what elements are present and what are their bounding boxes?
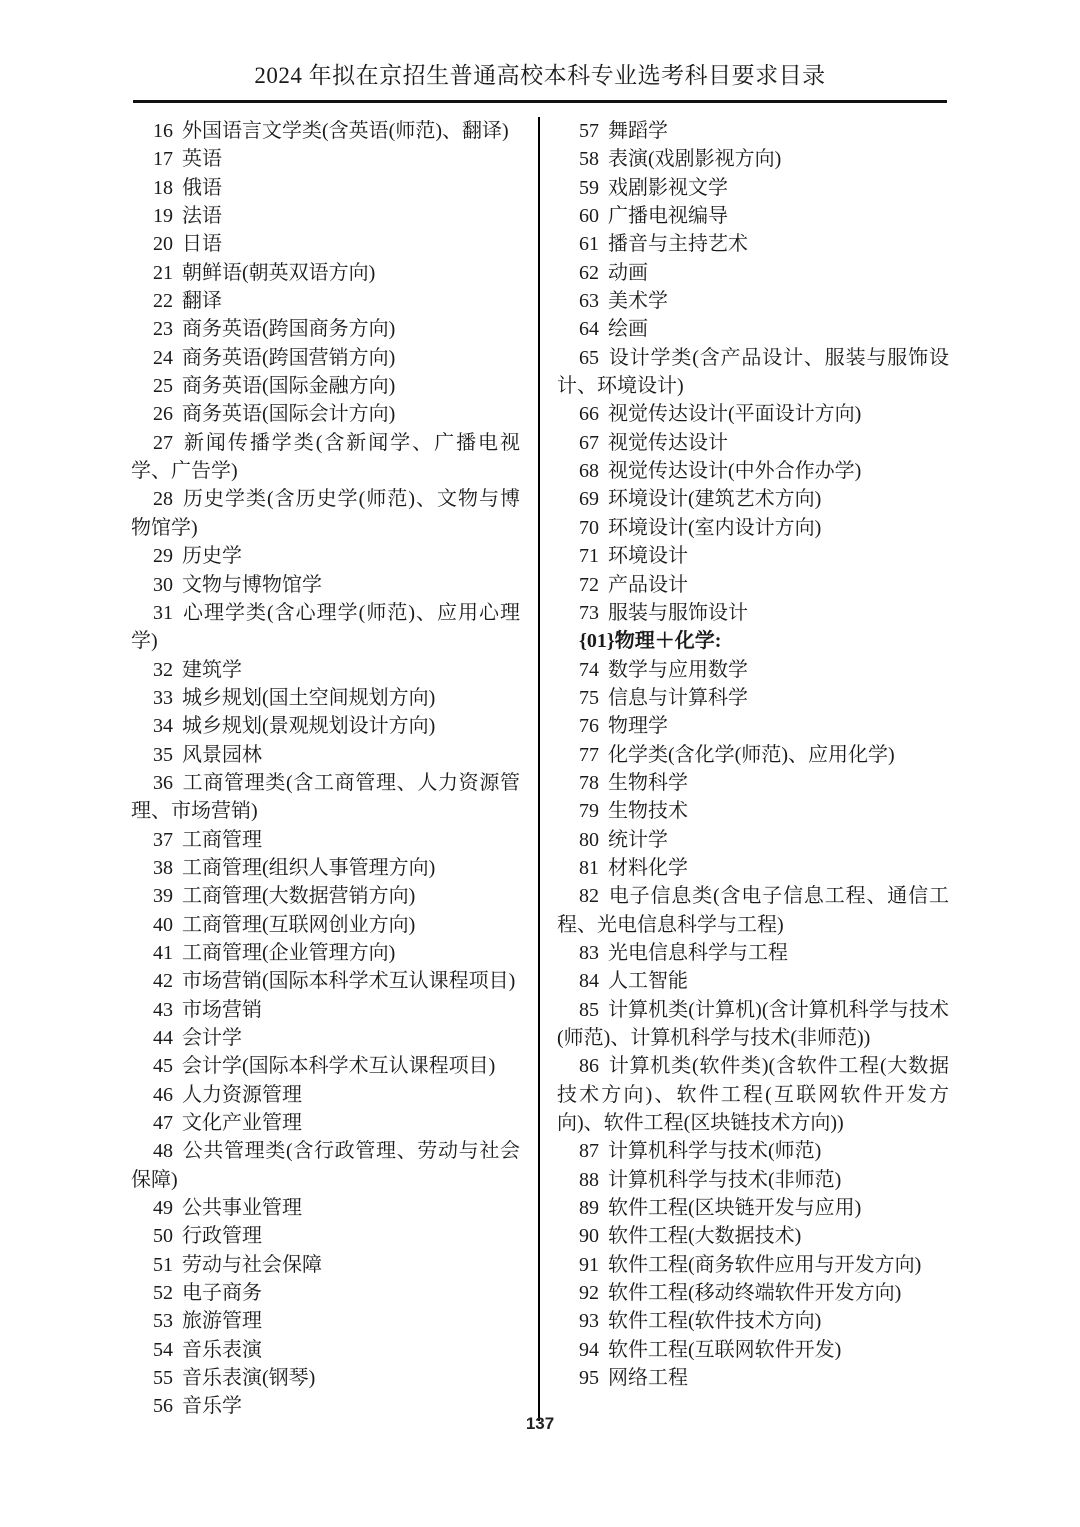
right-column: 57舞蹈学58表演(戏剧影视方向)59戏剧影视文学60广播电视编导61播音与主持…	[557, 117, 949, 1421]
item-text: 软件工程(商务软件应用与开发方向)	[608, 1254, 921, 1276]
item-text: 工商管理(企业管理方向)	[182, 942, 395, 964]
item-text: 物理学	[608, 715, 668, 737]
item-number: 46	[153, 1084, 173, 1106]
list-item: 16外国语言文学类(含英语(师范)、翻译)	[131, 117, 520, 145]
item-text: 设计学类(含产品设计、服装与服饰设计、环境设计)	[557, 347, 949, 397]
list-item: 47文化产业管理	[131, 1109, 520, 1137]
item-number: 53	[153, 1310, 173, 1332]
item-number: 86	[579, 1055, 599, 1077]
item-text: 信息与计算科学	[608, 687, 748, 709]
item-text: 工商管理(大数据营销方向)	[182, 885, 415, 907]
item-text: 工商管理	[182, 829, 262, 851]
left-column: 16外国语言文学类(含英语(师范)、翻译)17英语18俄语19法语20日语21朝…	[131, 117, 520, 1421]
list-item: 59戏剧影视文学	[557, 174, 949, 202]
page-title: 2024 年拟在京招生普通高校本科专业选考科目要求目录	[133, 60, 947, 92]
item-text: 计算机类(计算机)(含计算机科学与技术(师范)、计算机科学与技术(非师范))	[557, 999, 949, 1049]
item-text: 市场营销(国际本科学术互认课程项目)	[182, 970, 515, 992]
item-number: 19	[153, 205, 173, 227]
item-number: 21	[153, 262, 173, 284]
item-number: 94	[579, 1339, 599, 1361]
list-item: 82电子信息类(含电子信息工程、通信工程、光电信息科学与工程)	[557, 882, 949, 939]
list-item: 87计算机科学与技术(师范)	[557, 1137, 949, 1165]
list-item: 38工商管理(组织人事管理方向)	[131, 854, 520, 882]
item-number: 39	[153, 885, 173, 907]
list-item: 18俄语	[131, 174, 520, 202]
item-number: 36	[153, 772, 173, 794]
list-item: 74数学与应用数学	[557, 656, 949, 684]
list-item: 76物理学	[557, 712, 949, 740]
item-number: 93	[579, 1310, 599, 1332]
item-number: 28	[153, 488, 173, 510]
item-text: 市场营销	[182, 999, 262, 1021]
item-number: 64	[579, 318, 599, 340]
item-text: 工商管理(互联网创业方向)	[182, 914, 415, 936]
item-text: 旅游管理	[182, 1310, 262, 1332]
item-text: 商务英语(国际金融方向)	[182, 375, 395, 397]
item-text: 劳动与社会保障	[182, 1254, 322, 1276]
list-item: 17英语	[131, 145, 520, 173]
item-number: 54	[153, 1339, 173, 1361]
list-item: 32建筑学	[131, 656, 520, 684]
list-item: 20日语	[131, 230, 520, 258]
item-text: 电子商务	[182, 1282, 262, 1304]
item-text: 人力资源管理	[182, 1084, 302, 1106]
item-number: 49	[153, 1197, 173, 1219]
item-number: 77	[579, 744, 599, 766]
item-text: 视觉传达设计(平面设计方向)	[608, 403, 861, 425]
list-item: 61播音与主持艺术	[557, 230, 949, 258]
item-number: 43	[153, 999, 173, 1021]
two-column-list: 16外国语言文学类(含英语(师范)、翻译)17英语18俄语19法语20日语21朝…	[131, 117, 949, 1421]
list-item: 31心理学类(含心理学(师范)、应用心理学)	[131, 599, 520, 656]
item-text: 文化产业管理	[182, 1112, 302, 1134]
list-item: 51劳动与社会保障	[131, 1251, 520, 1279]
item-text: 软件工程(互联网软件开发)	[608, 1339, 841, 1361]
list-item: 34城乡规划(景观规划设计方向)	[131, 712, 520, 740]
item-number: 17	[153, 148, 173, 170]
item-text: 计算机类(软件类)(含软件工程(大数据技术方向)、软件工程(互联网软件开发方向)…	[557, 1055, 949, 1134]
list-item: 95网络工程	[557, 1364, 949, 1392]
item-text: 日语	[182, 233, 222, 255]
item-text: 历史学类(含历史学(师范)、文物与博物馆学)	[131, 488, 520, 538]
item-text: 环境设计(室内设计方向)	[608, 517, 821, 539]
list-item: 75信息与计算科学	[557, 684, 949, 712]
item-text: 城乡规划(国土空间规划方向)	[182, 687, 435, 709]
item-text: 英语	[182, 148, 222, 170]
list-item: 19法语	[131, 202, 520, 230]
item-number: 22	[153, 290, 173, 312]
list-item: 86计算机类(软件类)(含软件工程(大数据技术方向)、软件工程(互联网软件开发方…	[557, 1052, 949, 1137]
item-text: 音乐表演(钢琴)	[182, 1367, 315, 1389]
item-text: 产品设计	[608, 574, 688, 596]
list-item: 70环境设计(室内设计方向)	[557, 514, 949, 542]
item-number: 48	[153, 1140, 173, 1162]
item-number: 80	[579, 829, 599, 851]
item-number: 30	[153, 574, 173, 596]
item-number: 25	[153, 375, 173, 397]
list-item: 45会计学(国际本科学术互认课程项目)	[131, 1052, 520, 1080]
item-text: 建筑学	[182, 659, 242, 681]
list-item: 80统计学	[557, 826, 949, 854]
item-text: 软件工程(移动终端软件开发方向)	[608, 1282, 901, 1304]
item-text: 软件工程(软件技术方向)	[608, 1310, 821, 1332]
list-item: 58表演(戏剧影视方向)	[557, 145, 949, 173]
list-item: 26商务英语(国际会计方向)	[131, 400, 520, 428]
item-text: 软件工程(大数据技术)	[608, 1225, 801, 1247]
list-item: 28历史学类(含历史学(师范)、文物与博物馆学)	[131, 485, 520, 542]
list-item: 91软件工程(商务软件应用与开发方向)	[557, 1251, 949, 1279]
item-number: 68	[579, 460, 599, 482]
item-text: 计算机科学与技术(非师范)	[608, 1169, 841, 1191]
list-item: 63美术学	[557, 287, 949, 315]
page-number: 137	[0, 1414, 1080, 1434]
item-number: 79	[579, 800, 599, 822]
item-number: 20	[153, 233, 173, 255]
item-number: 82	[579, 885, 599, 907]
list-item: 25商务英语(国际金融方向)	[131, 372, 520, 400]
item-number: 38	[153, 857, 173, 879]
item-number: 44	[153, 1027, 173, 1049]
item-text: 公共事业管理	[182, 1197, 302, 1219]
item-text: 美术学	[608, 290, 668, 312]
item-text: 历史学	[182, 545, 242, 567]
item-text: 材料化学	[608, 857, 688, 879]
item-text: 风景园林	[182, 744, 262, 766]
item-number: 63	[579, 290, 599, 312]
list-item: 55音乐表演(钢琴)	[131, 1364, 520, 1392]
item-number: 70	[579, 517, 599, 539]
item-number: 37	[153, 829, 173, 851]
item-text: 会计学(国际本科学术互认课程项目)	[182, 1055, 495, 1077]
list-item: 22翻译	[131, 287, 520, 315]
list-item: 21朝鲜语(朝英双语方向)	[131, 259, 520, 287]
list-item: 37工商管理	[131, 826, 520, 854]
list-item: 88计算机科学与技术(非师范)	[557, 1166, 949, 1194]
item-text: 网络工程	[608, 1367, 688, 1389]
list-item: 67视觉传达设计	[557, 429, 949, 457]
list-item: 39工商管理(大数据营销方向)	[131, 882, 520, 910]
list-item: 44会计学	[131, 1024, 520, 1052]
list-item: 81材料化学	[557, 854, 949, 882]
item-number: 33	[153, 687, 173, 709]
list-item: 29历史学	[131, 542, 520, 570]
item-number: 72	[579, 574, 599, 596]
list-item: 54音乐表演	[131, 1336, 520, 1364]
item-number: 27	[153, 432, 173, 454]
item-number: 65	[579, 347, 599, 369]
item-number: 67	[579, 432, 599, 454]
list-item: 66视觉传达设计(平面设计方向)	[557, 400, 949, 428]
item-text: 音乐表演	[182, 1339, 262, 1361]
item-text: 服装与服饰设计	[608, 602, 748, 624]
item-number: 23	[153, 318, 173, 340]
list-item: 40工商管理(互联网创业方向)	[131, 911, 520, 939]
item-number: 84	[579, 970, 599, 992]
item-number: 83	[579, 942, 599, 964]
item-number: 66	[579, 403, 599, 425]
item-number: 78	[579, 772, 599, 794]
item-text: 商务英语(国际会计方向)	[182, 403, 395, 425]
item-number: 75	[579, 687, 599, 709]
item-text: 绘画	[608, 318, 648, 340]
item-text: 舞蹈学	[608, 120, 668, 142]
list-item: 42市场营销(国际本科学术互认课程项目)	[131, 967, 520, 995]
list-item: 94软件工程(互联网软件开发)	[557, 1336, 949, 1364]
list-item: 53旅游管理	[131, 1307, 520, 1335]
list-item: 23商务英语(跨国商务方向)	[131, 315, 520, 343]
item-number: 88	[579, 1169, 599, 1191]
item-text: 新闻传播学类(含新闻学、广播电视学、广告学)	[131, 432, 520, 482]
item-number: 31	[153, 602, 173, 624]
item-text: 朝鲜语(朝英双语方向)	[182, 262, 375, 284]
item-number: 76	[579, 715, 599, 737]
page-header: 2024 年拟在京招生普通高校本科专业选考科目要求目录	[133, 60, 947, 103]
list-item: 36工商管理类(含工商管理、人力资源管理、市场营销)	[131, 769, 520, 826]
list-item: 27新闻传播学类(含新闻学、广播电视学、广告学)	[131, 429, 520, 486]
list-item: 35风景园林	[131, 741, 520, 769]
item-number: 26	[153, 403, 173, 425]
item-number: 60	[579, 205, 599, 227]
item-number: 91	[579, 1254, 599, 1276]
item-number: 69	[579, 488, 599, 510]
item-number: 90	[579, 1225, 599, 1247]
item-number: 58	[579, 148, 599, 170]
item-text: 化学类(含化学(师范)、应用化学)	[608, 744, 895, 766]
item-number: 52	[153, 1282, 173, 1304]
list-item: 79生物技术	[557, 797, 949, 825]
document-page: 2024 年拟在京招生普通高校本科专业选考科目要求目录 16外国语言文学类(含英…	[0, 0, 1080, 1527]
item-text: 工商管理(组织人事管理方向)	[182, 857, 435, 879]
item-text: 翻译	[182, 290, 222, 312]
item-number: 40	[153, 914, 173, 936]
list-item: 85计算机类(计算机)(含计算机科学与技术(师范)、计算机科学与技术(非师范))	[557, 996, 949, 1053]
item-number: 85	[579, 999, 599, 1021]
item-number: 73	[579, 602, 599, 624]
item-number: 18	[153, 177, 173, 199]
list-item: 71环境设计	[557, 542, 949, 570]
item-text: 电子信息类(含电子信息工程、通信工程、光电信息科学与工程)	[557, 885, 949, 935]
item-text: 行政管理	[182, 1225, 262, 1247]
list-item: 83光电信息科学与工程	[557, 939, 949, 967]
item-text: 公共管理类(含行政管理、劳动与社会保障)	[131, 1140, 520, 1190]
item-number: 45	[153, 1055, 173, 1077]
item-number: 41	[153, 942, 173, 964]
item-text: 环境设计(建筑艺术方向)	[608, 488, 821, 510]
list-item: 72产品设计	[557, 571, 949, 599]
item-text: 城乡规划(景观规划设计方向)	[182, 715, 435, 737]
item-number: 81	[579, 857, 599, 879]
list-item: 78生物科学	[557, 769, 949, 797]
list-item: 30文物与博物馆学	[131, 571, 520, 599]
item-text: 视觉传达设计	[608, 432, 728, 454]
item-text: 法语	[182, 205, 222, 227]
list-item: 57舞蹈学	[557, 117, 949, 145]
list-item: 68视觉传达设计(中外合作办学)	[557, 457, 949, 485]
item-text: 动画	[608, 262, 648, 284]
list-item: 89软件工程(区块链开发与应用)	[557, 1194, 949, 1222]
item-number: 74	[579, 659, 599, 681]
item-text: 数学与应用数学	[608, 659, 748, 681]
item-number: 71	[579, 545, 599, 567]
item-number: 92	[579, 1282, 599, 1304]
item-text: 文物与博物馆学	[182, 574, 322, 596]
list-item: 41工商管理(企业管理方向)	[131, 939, 520, 967]
list-item: 73服装与服饰设计	[557, 599, 949, 627]
list-item: 90软件工程(大数据技术)	[557, 1222, 949, 1250]
list-item: 77化学类(含化学(师范)、应用化学)	[557, 741, 949, 769]
item-number: 47	[153, 1112, 173, 1134]
list-item: 48公共管理类(含行政管理、劳动与社会保障)	[131, 1137, 520, 1194]
list-item: 84人工智能	[557, 967, 949, 995]
item-text: 工商管理类(含工商管理、人力资源管理、市场营销)	[131, 772, 520, 822]
item-number: 29	[153, 545, 173, 567]
list-item: 49公共事业管理	[131, 1194, 520, 1222]
item-number: 89	[579, 1197, 599, 1219]
list-item: 69环境设计(建筑艺术方向)	[557, 485, 949, 513]
list-item: 46人力资源管理	[131, 1081, 520, 1109]
item-text: 表演(戏剧影视方向)	[608, 148, 781, 170]
item-text: 软件工程(区块链开发与应用)	[608, 1197, 861, 1219]
list-item: 92软件工程(移动终端软件开发方向)	[557, 1279, 949, 1307]
item-number: 34	[153, 715, 173, 737]
item-text: 心理学类(含心理学(师范)、应用心理学)	[131, 602, 520, 652]
item-number: 95	[579, 1367, 599, 1389]
item-text: 外国语言文学类(含英语(师范)、翻译)	[182, 120, 509, 142]
item-number: 62	[579, 262, 599, 284]
list-item: 24商务英语(跨国营销方向)	[131, 344, 520, 372]
item-text: 会计学	[182, 1027, 242, 1049]
item-text: 俄语	[182, 177, 222, 199]
item-text: 光电信息科学与工程	[608, 942, 788, 964]
item-number: 42	[153, 970, 173, 992]
list-item: 60广播电视编导	[557, 202, 949, 230]
list-item: 64绘画	[557, 315, 949, 343]
item-number: 57	[579, 120, 599, 142]
item-text: 环境设计	[608, 545, 688, 567]
item-number: 32	[153, 659, 173, 681]
item-text: 广播电视编导	[608, 205, 728, 227]
list-item: 65设计学类(含产品设计、服装与服饰设计、环境设计)	[557, 344, 949, 401]
item-number: 61	[579, 233, 599, 255]
list-item: 93软件工程(软件技术方向)	[557, 1307, 949, 1335]
item-text: 播音与主持艺术	[608, 233, 748, 255]
item-text: 商务英语(跨国营销方向)	[182, 347, 395, 369]
item-text: 视觉传达设计(中外合作办学)	[608, 460, 861, 482]
item-number: 87	[579, 1140, 599, 1162]
item-number: 24	[153, 347, 173, 369]
item-number: 51	[153, 1254, 173, 1276]
item-text: 统计学	[608, 829, 668, 851]
list-item: 52电子商务	[131, 1279, 520, 1307]
item-number: 50	[153, 1225, 173, 1247]
item-text: 生物技术	[608, 800, 688, 822]
item-number: 16	[153, 120, 173, 142]
item-number: 55	[153, 1367, 173, 1389]
item-number: 35	[153, 744, 173, 766]
list-item: 33城乡规划(国土空间规划方向)	[131, 684, 520, 712]
list-item: 62动画	[557, 259, 949, 287]
list-item: 43市场营销	[131, 996, 520, 1024]
column-divider	[538, 117, 540, 1421]
item-text: 人工智能	[608, 970, 688, 992]
item-text: 计算机科学与技术(师范)	[608, 1140, 821, 1162]
list-item: 50行政管理	[131, 1222, 520, 1250]
section-header: {01}物理＋化学:	[557, 627, 949, 655]
item-text: 商务英语(跨国商务方向)	[182, 318, 395, 340]
item-number: 59	[579, 177, 599, 199]
item-text: 生物科学	[608, 772, 688, 794]
item-text: 戏剧影视文学	[608, 177, 728, 199]
